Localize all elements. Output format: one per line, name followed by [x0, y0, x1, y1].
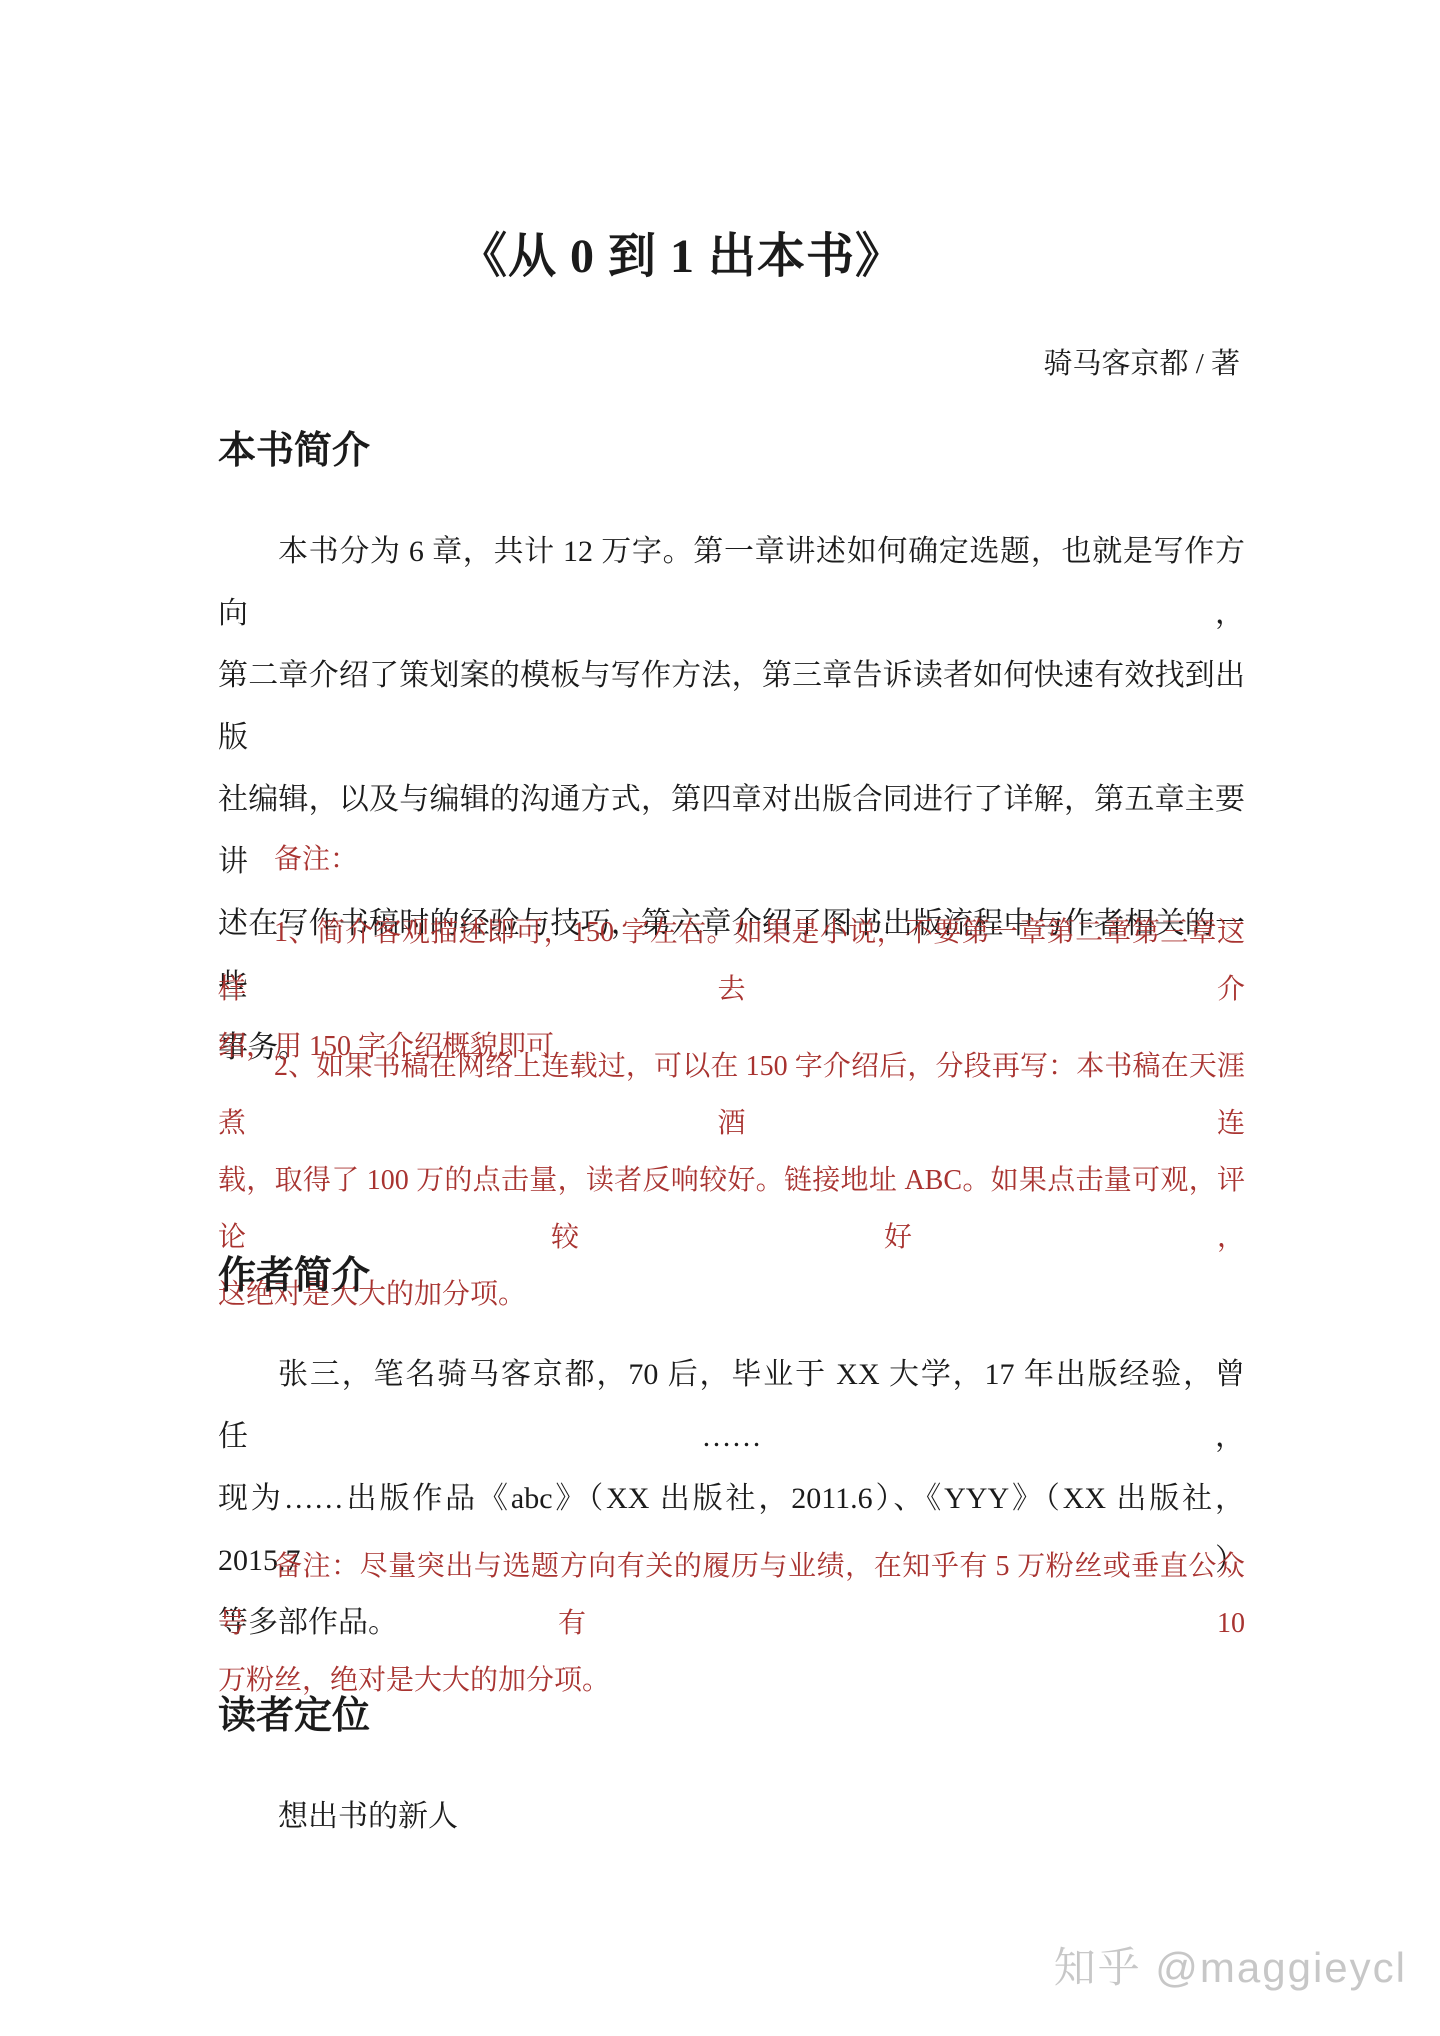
section-heading-intro: 本书简介 — [218, 424, 1245, 479]
paragraph-line: 本书分为 6 章，共计 12 万字。第一章讲述如何确定选题，也就是写作方向， — [218, 521, 1245, 645]
paragraph-line: 想出书的新人 — [218, 1786, 1245, 1848]
doc-title: 《从 0 到 1 出本书》 — [168, 222, 1195, 292]
note-line: 1、简介客观描述即可，150 字左右。如果是小说，不要第一章第二章第三章这样去介 — [218, 904, 1245, 1018]
section-heading-readers: 读者定位 — [218, 1689, 1245, 1744]
note-label: 备注： — [218, 831, 1245, 888]
note-line: 备注：尽量突出与选题方向有关的履历与业绩，在知乎有 5 万粉丝或垂直公众号有 1… — [218, 1538, 1245, 1652]
byline: 骑马客京都 / 著 — [218, 342, 1240, 387]
section-heading-author: 作者简介 — [218, 1249, 1245, 1304]
document-page: 《从 0 到 1 出本书》 骑马客京都 / 著 本书简介 本书分为 6 章，共计… — [0, 0, 1440, 2036]
paragraph-line: 张三，笔名骑马客京都，70 后，毕业于 XX 大学，17 年出版经验，曾任……， — [218, 1344, 1245, 1468]
watermark: 知乎 @maggieycl — [1054, 1942, 1407, 1994]
note-line: 2、如果书稿在网络上连载过，可以在 150 字介绍后，分段再写：本书稿在天涯煮酒… — [218, 1038, 1245, 1152]
paragraph-line: 第二章介绍了策划案的模板与写作方法，第三章告诉读者如何快速有效找到出版 — [218, 645, 1245, 769]
author-note: 备注：尽量突出与选题方向有关的履历与业绩，在知乎有 5 万粉丝或垂直公众号有 1… — [218, 1538, 1245, 1709]
readers-paragraph: 想出书的新人 — [218, 1786, 1245, 1848]
